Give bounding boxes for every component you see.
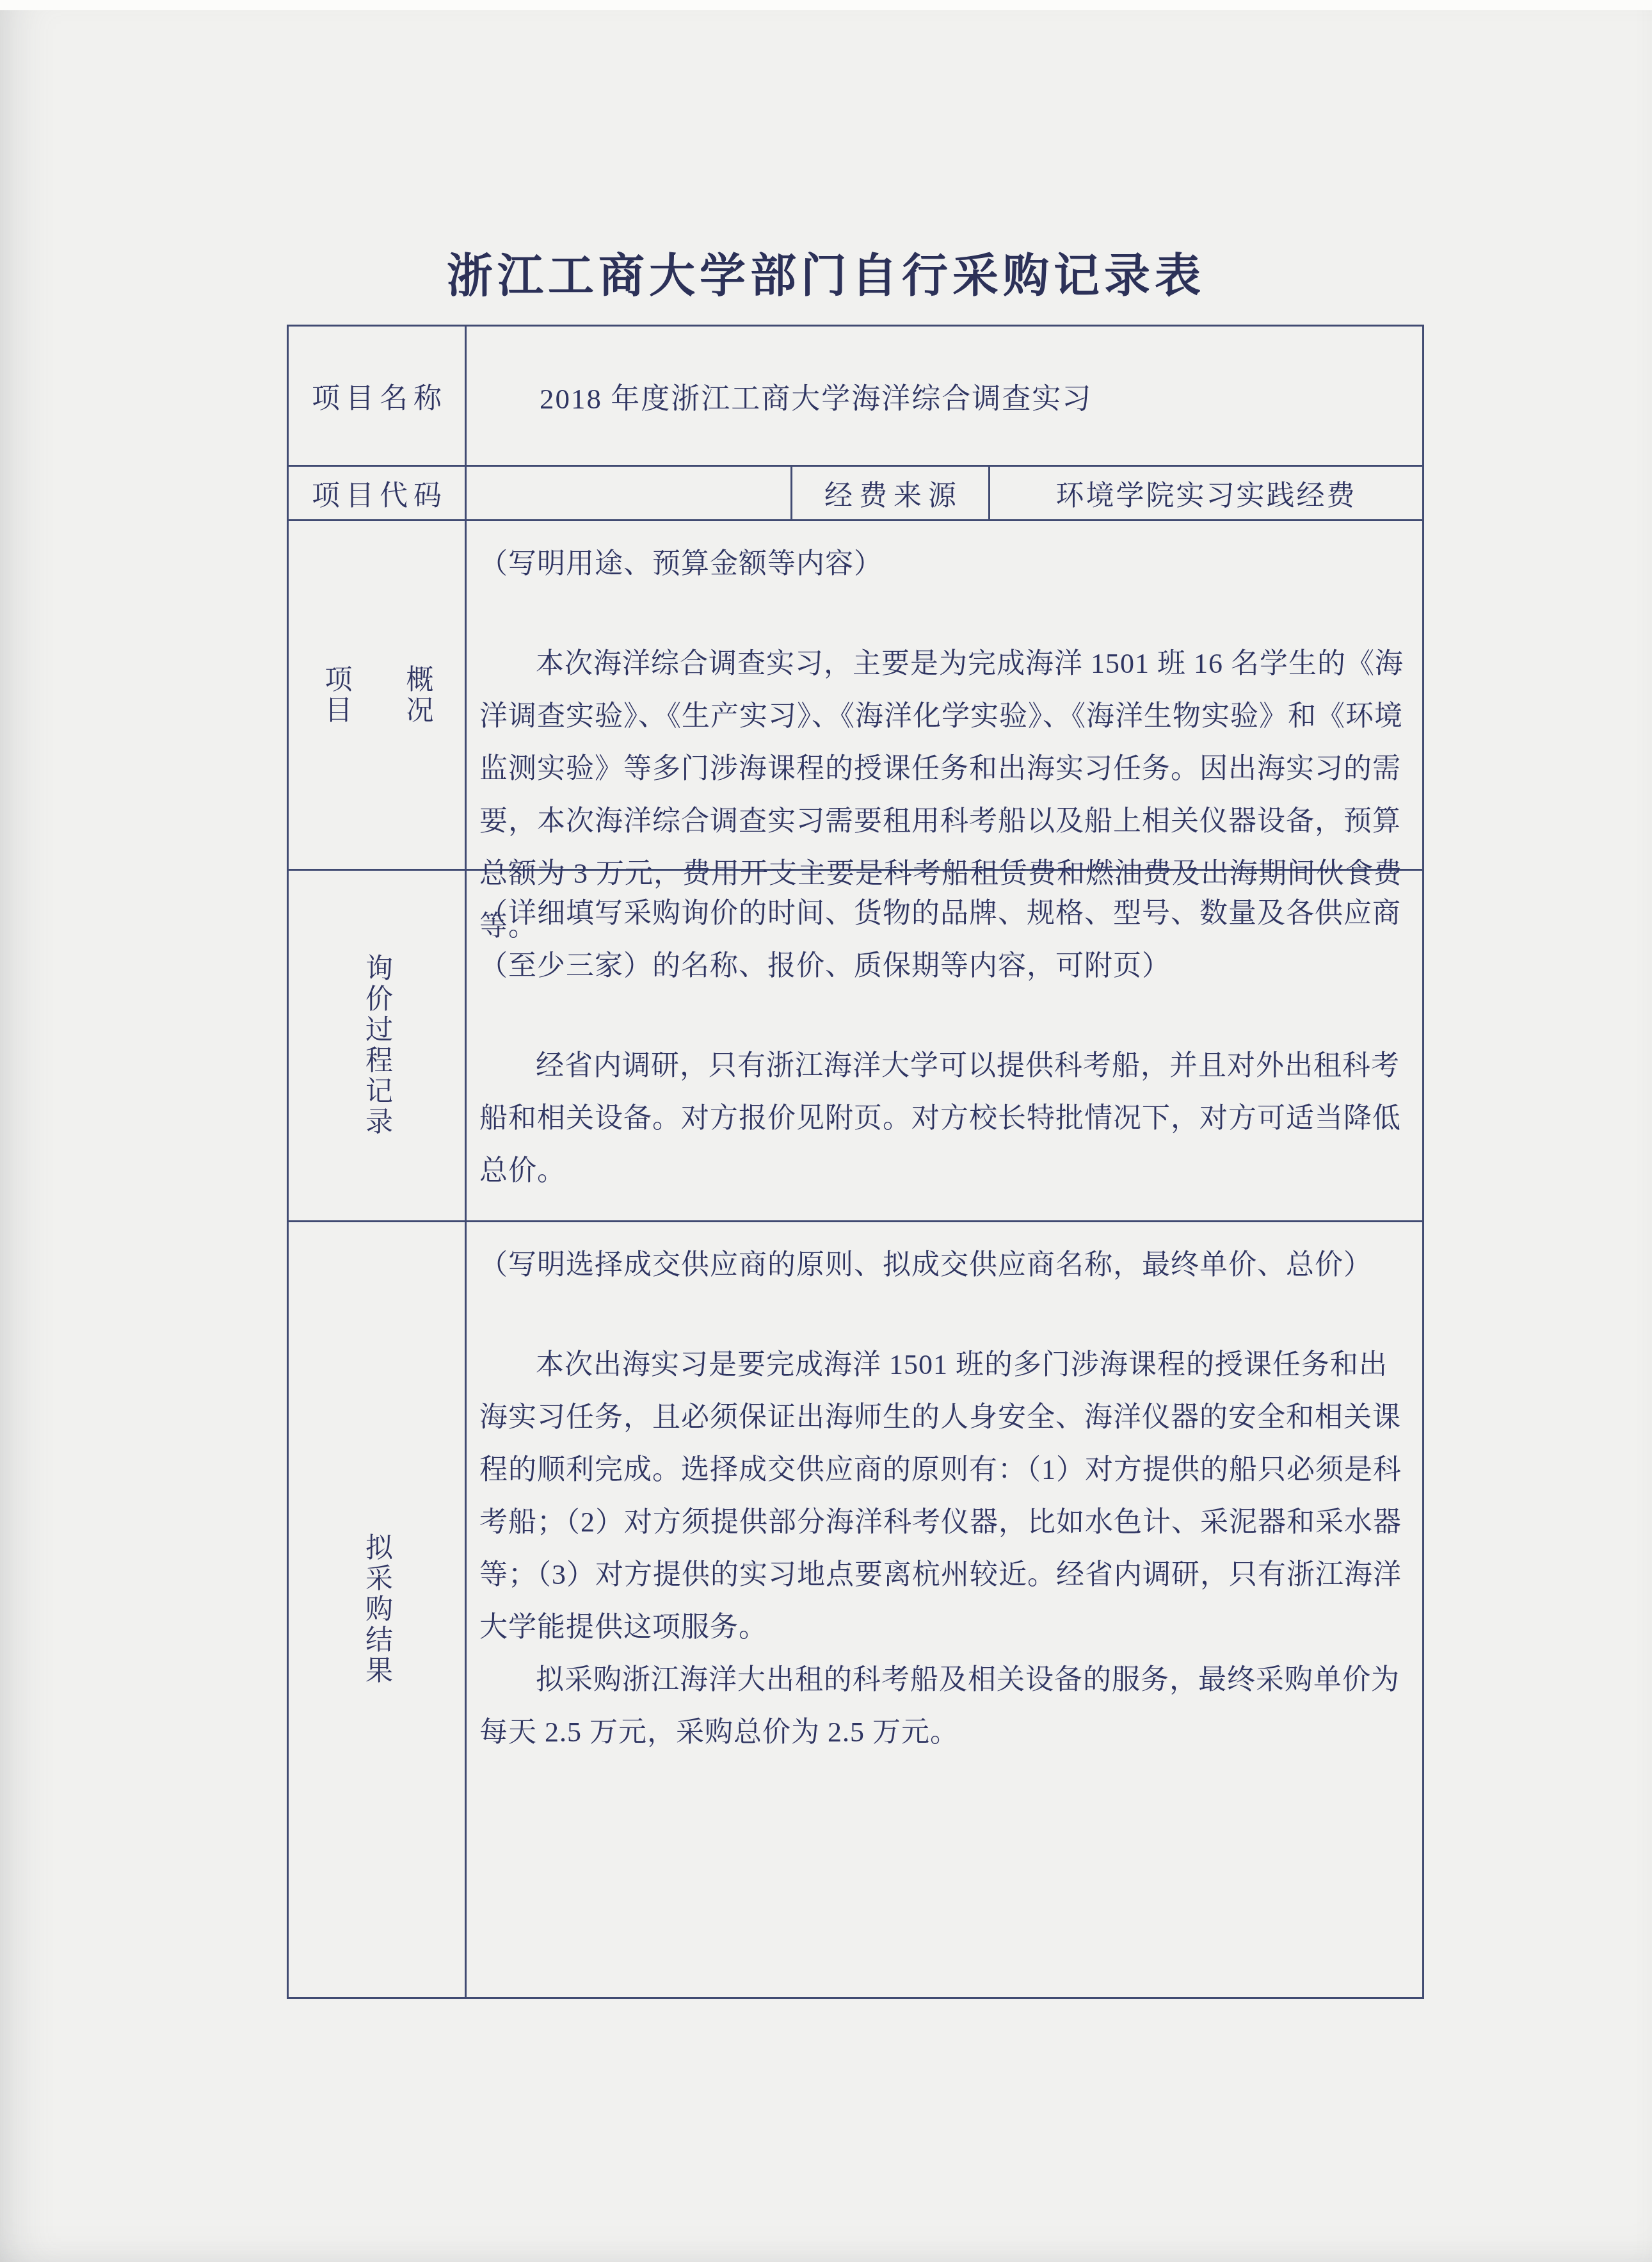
scanned-document-page: 浙江工商大学部门自行采购记录表 项目名称 2018 年度浙江工商大学海洋综合调查… [0,0,1652,2262]
procurement-result-paragraphs: 本次出海实习是要完成海洋 1501 班的多门涉海课程的授课任务和出海实习任务，且… [479,1339,1404,1759]
funding-source-label: 经费来源 [792,467,990,519]
project-name-label: 项目名称 [289,327,467,465]
project-code-value [467,467,792,519]
row-inquiry-record: 询价过程记录 （详细填写采购询价的时间、货物的品牌、规格、型号、数量及各供应商（… [289,871,1422,1222]
funding-source-value: 环境学院实习实践经费 [990,467,1422,519]
procurement-result-label: 拟采购结果 [289,1222,467,1997]
inquiry-record-label-text: 询价过程记录 [357,953,396,1138]
inquiry-record-label: 询价过程记录 [289,871,467,1220]
procurement-result-hint: （写明选择成交供应商的原则、拟成交供应商名称，最终单价、总价） [479,1239,1404,1291]
project-overview-content: （写明用途、预算金额等内容） 本次海洋综合调查实习，主要是为完成海洋 1501 … [467,521,1422,869]
paragraph: 拟采购浙江海洋大出租的科考船及相关设备的服务，最终采购单价为每天 2.5 万元，… [479,1654,1404,1759]
row-project-code: 项目代码 经费来源 环境学院实习实践经费 [289,467,1422,521]
inquiry-record-hint: （详细填写采购询价的时间、货物的品牌、规格、型号、数量及各供应商（至少三家）的名… [479,887,1404,992]
paragraph: 经省内调研，只有浙江海洋大学可以提供科考船，并且对外出租科考船和相关设备。对方报… [479,1040,1404,1197]
procurement-result-content: （写明选择成交供应商的原则、拟成交供应商名称，最终单价、总价） 本次出海实习是要… [467,1222,1422,1997]
inquiry-record-paragraphs: 经省内调研，只有浙江海洋大学可以提供科考船，并且对外出租科考船和相关设备。对方报… [479,1040,1404,1197]
paragraph: 本次出海实习是要完成海洋 1501 班的多门涉海课程的授课任务和出海实习任务，且… [479,1339,1404,1654]
document-title: 浙江工商大学部门自行采购记录表 [0,238,1652,305]
inquiry-record-content: （详细填写采购询价的时间、货物的品牌、规格、型号、数量及各供应商（至少三家）的名… [467,871,1422,1220]
procurement-record-table: 项目名称 2018 年度浙江工商大学海洋综合调查实习 项目代码 经费来源 环境学… [287,325,1424,1999]
row-project-overview: 项目 概况 （写明用途、预算金额等内容） 本次海洋综合调查实习，主要是为完成海洋… [289,521,1422,871]
row-procurement-result: 拟采购结果 （写明选择成交供应商的原则、拟成交供应商名称，最终单价、总价） 本次… [289,1222,1422,1997]
procurement-result-label-text: 拟采购结果 [357,1533,396,1686]
project-overview-label: 项目 概况 [289,521,467,869]
project-overview-hint: （写明用途、预算金额等内容） [479,538,1404,590]
project-overview-label-col2: 概况 [398,665,437,726]
row-project-name: 项目名称 2018 年度浙江工商大学海洋综合调查实习 [289,327,1422,467]
project-code-label: 项目代码 [289,467,467,519]
project-overview-label-col1: 项目 [317,665,356,726]
project-name-value: 2018 年度浙江工商大学海洋综合调查实习 [467,327,1422,465]
